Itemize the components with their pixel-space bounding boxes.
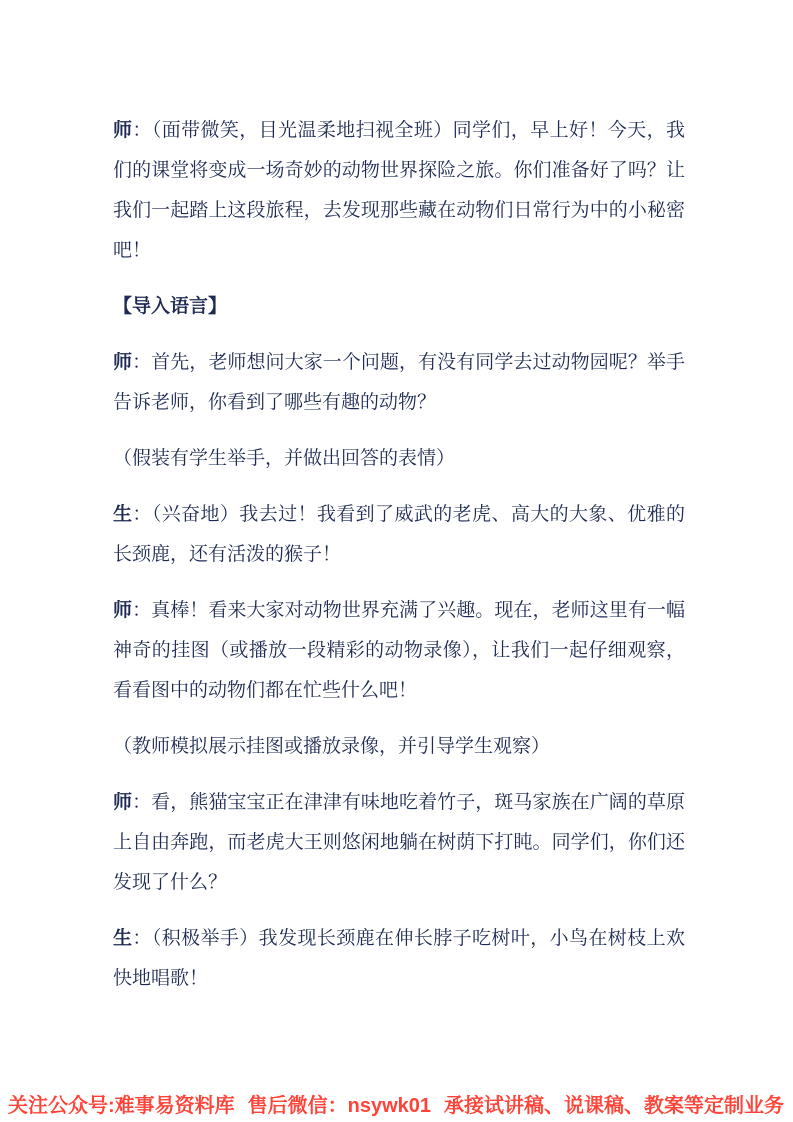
- paragraph-student-answer-zoo: 生：（兴奋地）我去过！我看到了威武的老虎、高大的大象、优雅的长颈鹿，还有活泼的猴…: [113, 495, 685, 575]
- stage-direction-teacher-shows-chart: （教师模拟展示挂图或播放录像，并引导学生观察）: [113, 727, 685, 767]
- speaker-label-student: 生: [113, 928, 132, 949]
- paragraph-teacher-chart-intro: 师：真棒！看来大家对动物世界充满了兴趣。现在，老师这里有一幅神奇的挂图（或播放一…: [113, 591, 685, 711]
- dialogue-text: （兴奋地）我去过！我看到了威武的老虎、高大的大象、优雅的长颈鹿，还有活泼的猴子！: [113, 504, 685, 565]
- dialogue-text: 看，熊猫宝宝正在津津有味地吃着竹子，斑马家族在广阔的草原上自由奔跑，而老虎大王则…: [113, 792, 685, 893]
- speaker-label-student: 生: [113, 504, 132, 525]
- dialogue-text: （面带微笑，目光温柔地扫视全班）同学们，早上好！今天，我们的课堂将变成一场奇妙的…: [113, 120, 685, 261]
- dialogue-text: 首先，老师想问大家一个问题，有没有同学去过动物园呢？举手告诉老师，你看到了哪些有…: [113, 352, 685, 413]
- footer-wechat-official-account: 关注公众号:难事易资料库: [8, 1095, 235, 1117]
- footer-support-wechat-id: 售后微信：nsywk01: [248, 1095, 431, 1117]
- document-body: 师：（面带微笑，目光温柔地扫视全班）同学们，早上好！今天，我们的课堂将变成一场奇…: [113, 111, 685, 1015]
- speaker-colon: ：: [132, 792, 151, 813]
- paragraph-teacher-question: 师：首先，老师想问大家一个问题，有没有同学去过动物园呢？举手告诉老师，你看到了哪…: [113, 343, 685, 423]
- speaker-label-teacher: 师: [113, 120, 132, 141]
- document-page: 师：（面带微笑，目光温柔地扫视全班）同学们，早上好！今天，我们的课堂将变成一场奇…: [0, 0, 793, 1122]
- paragraph-teacher-opening: 师：（面带微笑，目光温柔地扫视全班）同学们，早上好！今天，我们的课堂将变成一场奇…: [113, 111, 685, 271]
- speaker-label-teacher: 师: [113, 600, 132, 621]
- section-heading-lead-in: 【导入语言】: [113, 287, 685, 327]
- speaker-colon: ：: [132, 600, 151, 621]
- footer-custom-services: 承接试讲稿、说课稿、教案等定制业务: [444, 1095, 784, 1117]
- dialogue-text: （积极举手）我发现长颈鹿在伸长脖子吃树叶，小鸟在树枝上欢快地唱歌！: [113, 928, 685, 989]
- speaker-label-teacher: 师: [113, 352, 132, 373]
- paragraph-student-observation: 生：（积极举手）我发现长颈鹿在伸长脖子吃树叶，小鸟在树枝上欢快地唱歌！: [113, 919, 685, 999]
- dialogue-text: 真棒！看来大家对动物世界充满了兴趣。现在，老师这里有一幅神奇的挂图（或播放一段精…: [113, 600, 685, 701]
- speaker-label-teacher: 师: [113, 792, 132, 813]
- stage-direction-students-raise-hands: （假装有学生举手，并做出回答的表情）: [113, 439, 685, 479]
- speaker-colon: ：: [132, 928, 151, 949]
- speaker-colon: ：: [132, 504, 151, 525]
- speaker-colon: ：: [132, 120, 151, 141]
- speaker-colon: ：: [132, 352, 151, 373]
- promo-footer: 关注公众号:难事易资料库 售后微信：nsywk01 承接试讲稿、说课稿、教案等定…: [8, 1095, 784, 1117]
- paragraph-teacher-describe-animals: 师：看，熊猫宝宝正在津津有味地吃着竹子，斑马家族在广阔的草原上自由奔跑，而老虎大…: [113, 783, 685, 903]
